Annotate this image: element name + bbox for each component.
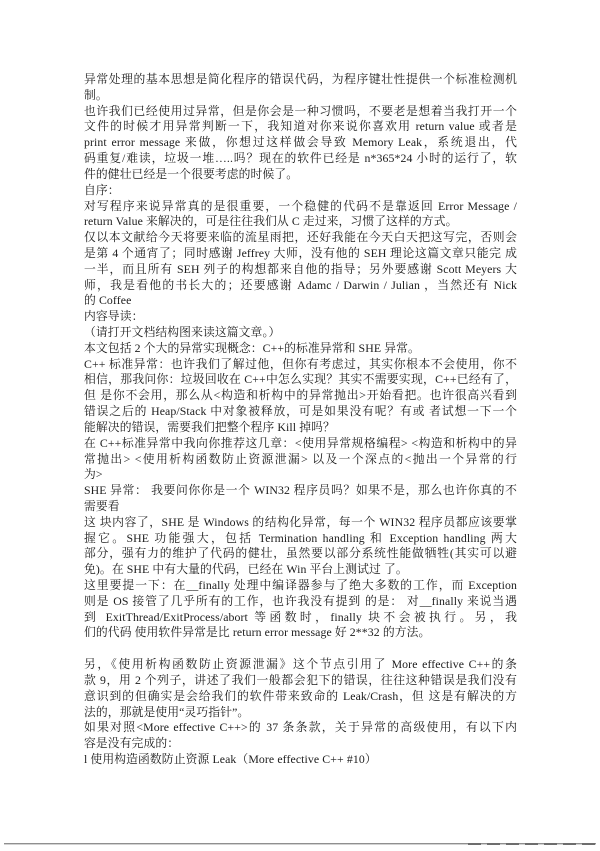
- page-bottom-rule: [4, 843, 596, 845]
- text-line: 能解决的错误，需要我们把整个程序 Kill 掉吗？: [84, 420, 517, 436]
- text-line: 相信，那我问你：垃圾回收在 C++中怎么实现？其实不需要实现，C++已经有了，: [84, 372, 517, 388]
- text-line: 握它。SHE 功能强大，包括 Termination handling 和 Ex…: [84, 531, 517, 547]
- text-line: 自序：: [84, 183, 517, 199]
- text-line: 码重复/难读，垃圾一堆…..吗？现在的软件已经是 n*365*24 小时的运行了…: [84, 151, 517, 167]
- text-line: 这里要提一下：在__finally 处理中编译器参与了绝大多数的工作，而 Exc…: [84, 578, 517, 594]
- text-line: 意识到的但确实是会给我们的软件带来致命的 Leak/Crash，但 这是有解决的…: [84, 689, 517, 705]
- text-line: 内容导读：: [84, 309, 517, 325]
- text-line: 但 是你不会用，那么从<构造和析构中的异常抛出>开始看把。也许很高兴看到: [84, 388, 517, 404]
- text-line: 错误之后的 Heap/Stack 中对象被释放，可是如果没有呢？有或 者试想一下…: [84, 404, 517, 420]
- text-line: 异常处理的基本思想是简化程序的错误代码，为程序键壮性提供一个标准检测机: [84, 72, 517, 88]
- text-line: 为>: [84, 467, 517, 483]
- text-line: C++ 标准异常：也许我们了解过他，但你有考虑过，其实你根本不会使用，你不: [84, 357, 517, 373]
- text-line: 对写程序来说异常真的是很重要，一个稳健的代码不是靠返回 Error Messag…: [84, 199, 517, 215]
- text-line: 部分，强有力的维护了代码的健壮，虽然要以部分系统性能做牺牲(其实可以避: [84, 546, 517, 562]
- text-line: 的 Coffee: [84, 293, 517, 309]
- page-bottom-rule-dashes: [468, 843, 596, 845]
- text-line: 也许我们已经使用过异常，但是你会是一种习惯吗，不要老是想着当我打开一个: [84, 104, 517, 120]
- text-line: 制。: [84, 88, 517, 104]
- text-line: 文件的时候才用异常判断一下，我知道对你来说你喜欢用 return value 或…: [84, 119, 517, 135]
- text-line: l 使用构造函数防止资源 Leak（More effective C++ #10…: [84, 752, 517, 768]
- text-line: 本文包括 2 个大的异常实现概念：C++的标准异常和 SHE 异常。: [84, 341, 517, 357]
- text-line: 师，我是看他的书长大的；还要感谢 Adamc / Darwin / Julian…: [84, 278, 517, 294]
- text-line: 如果对照<More effective C++>的 37 条条款，关于异常的高级…: [84, 720, 517, 736]
- text-line: print error message 来做，你想过这样做会导致 Memory …: [84, 135, 517, 151]
- text-line: 需要看: [84, 499, 517, 515]
- text-line: 常抛出> <使用析构函数防止资源泄漏> 以及一个深点的<抛出一个异常的行: [84, 452, 517, 468]
- text-line: 法的，那就是使用“灵巧指针”。: [84, 705, 517, 721]
- text-line: 免)。在 SHE 中有大量的代码，已经在 Win 平台上测试过 了。: [84, 562, 517, 578]
- text-line: 容是没有完成的：: [84, 736, 517, 752]
- text-line: （请打开文档结构图来读这篇文章。）: [84, 325, 517, 341]
- document-text: 异常处理的基本思想是简化程序的错误代码，为程序键壮性提供一个标准检测机制。也许我…: [84, 72, 517, 768]
- text-line: 另，《使用析构函数防止资源泄漏》这个节点引用了 More effective C…: [84, 657, 517, 673]
- text-line: 则是 OS 接管了几乎所有的工作，也许我没有提到 的是： 对__finally …: [84, 594, 517, 610]
- text-line: SHE 异常： 我要问你你是一个 WIN32 程序员吗？如果不是，那么也许你真的…: [84, 483, 517, 499]
- text-line: 到 ExitThread/ExitProcess/abort 等函数时，fina…: [84, 610, 517, 626]
- text-line: 件的健壮已经是一个很要考虑的时候了。: [84, 167, 517, 183]
- document-page: 异常处理的基本思想是简化程序的错误代码，为程序键壮性提供一个标准检测机制。也许我…: [0, 0, 600, 851]
- text-line: 这 块内容了，SHE 是 Windows 的结构化异常，每一个 WIN32 程序…: [84, 515, 517, 531]
- text-line: 们的代码 使用软件异常是比 return error message 好 2**…: [84, 625, 517, 641]
- text-line: 款 9，用 2 个列子，讲述了我们一般都会犯下的错误，往往这种错误是我们没有: [84, 673, 517, 689]
- text-line: 仅以本文献给今天将要来临的流星雨把，还好我能在今天白天把这写完，否则会: [84, 230, 517, 246]
- text-line: [84, 641, 517, 657]
- text-line: 一半，而且所有 SEH 列子的构想都来自他的指导；另外要感谢 Scott Mey…: [84, 262, 517, 278]
- text-line: 在 C++标准异常中我向你推荐这几章：<使用异常规格编程> <构造和析构中的异: [84, 436, 517, 452]
- text-line: return Value 来解决的，可是往往我们从 C 走过来，习惯了这样的方式…: [84, 214, 517, 230]
- text-line: 是第 4 个通宵了；同时感谢 Jeffrey 大师，没有他的 SEH 理论这篇文…: [84, 246, 517, 262]
